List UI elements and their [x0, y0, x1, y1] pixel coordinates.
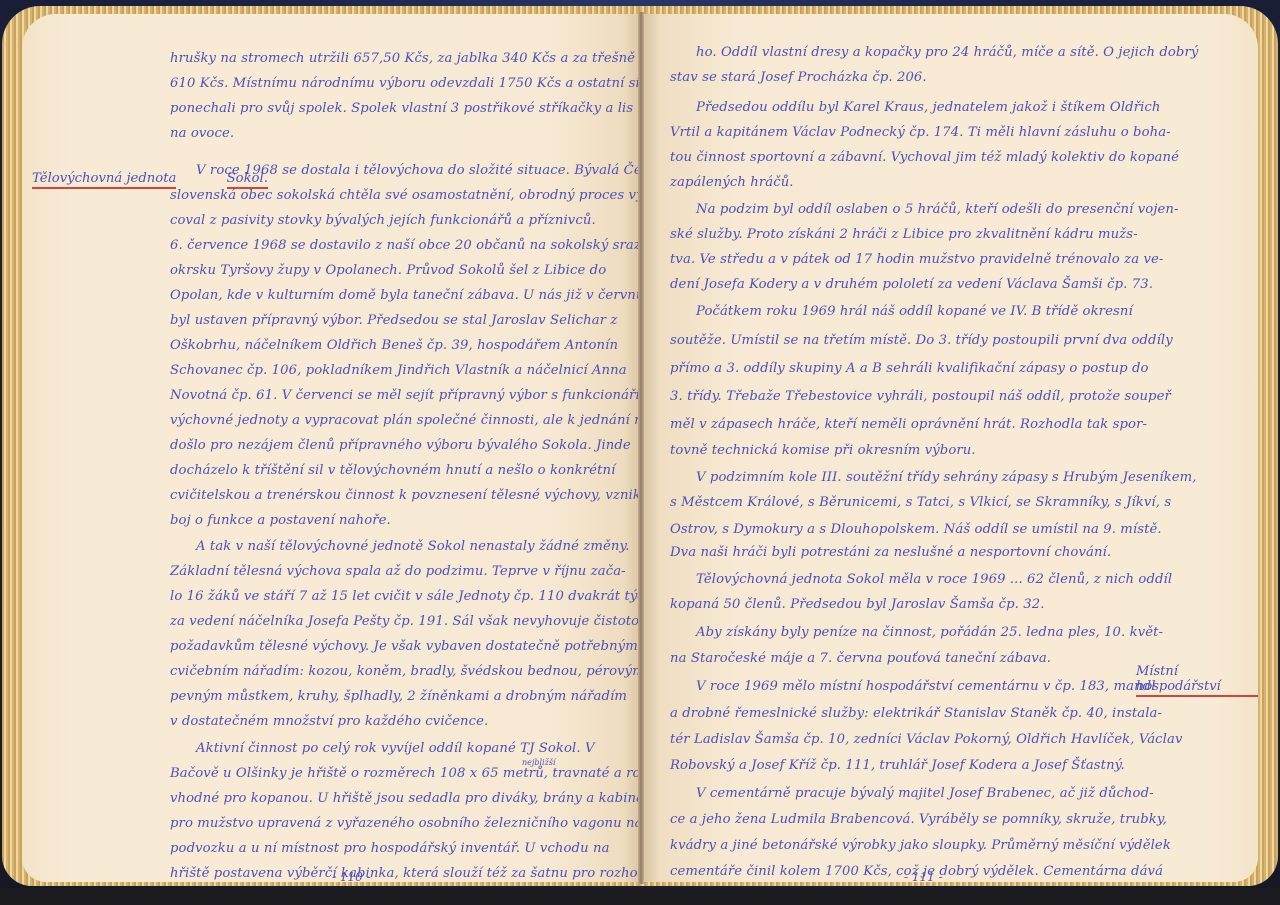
text-line: Předsedou oddílu byl Karel Kraus, jednat… [696, 100, 1161, 115]
text-line: A tak v naší tělovýchovné jednotě Sokol … [196, 539, 630, 554]
text-line: Na podzim byl oddíl oslaben o 5 hráčů, k… [696, 202, 1179, 217]
text-line: V roce 1969 mělo místní hospodářství cem… [696, 679, 1156, 694]
page-number-right: - 111 - [904, 870, 943, 884]
text-line: došlo pro nezájem členů přípravného výbo… [170, 438, 631, 453]
text-line: coval z pasivity stovky bývalých jejích … [170, 213, 596, 228]
text-line: boj o funkce a postavení nahoře. [170, 513, 391, 528]
text-line: 3. třídy. Třebaže Třebestovice vyhráli, … [670, 389, 1171, 404]
text-line: V cementárně pracuje bývalý majitel Jose… [696, 786, 1154, 801]
text-line: tou činnost sportovní a zábavní. Vychova… [670, 150, 1179, 165]
text-line: cvičebním nářadím: kozou, koněm, bradly,… [170, 664, 657, 679]
text-line: tér Ladislav Šamša čp. 10, zedníci Václa… [670, 732, 1183, 747]
text-line: Vrtil a kapitánem Václav Podnecký čp. 17… [670, 125, 1171, 140]
text-line: Robovský a Josef Kříž čp. 111, truhlář J… [670, 758, 1125, 773]
text-line: s Městcem Králové, s Běrunicemi, s Tatci… [670, 495, 1171, 510]
text-line: Ostrov, s Dymokury a s Dlouhopolskem. Ná… [670, 522, 1162, 537]
text-line: za vedení náčelníka Josefa Pešty čp. 191… [170, 614, 648, 629]
text-line: Aby získány byly peníze na činnost, pořá… [696, 625, 1163, 640]
text-line: hřiště postavena výběrčí kabinka, která … [170, 866, 663, 881]
text-line: Opolan, kde v kulturním domě byla tanečn… [170, 288, 644, 303]
text-line: ho. Oddíl vlastní dresy a kopačky pro 24… [696, 45, 1198, 60]
text-line: ce a jeho žena Ludmila Brabencová. Vyráb… [670, 812, 1167, 827]
text-line: cvičitelskou a trenérskou činnost k povz… [170, 488, 653, 503]
text-line: ponechali pro svůj spolek. Spolek vlastn… [170, 101, 633, 116]
margin-heading-right: Místní hospodářství [1136, 664, 1258, 697]
table-surface [0, 888, 1280, 905]
text-line: na Staročeské máje a 7. června pouťová t… [670, 651, 1051, 666]
page-number-left: - 110 - [332, 870, 371, 884]
text-line: ské služby. Proto získáni 2 hráči z Libi… [670, 227, 1138, 242]
text-line: Aktivní činnost po celý rok vyvíjel oddí… [196, 741, 595, 756]
text-line: měl v zápasech hráče, kteří neměli opráv… [670, 417, 1147, 432]
text-line: hrušky na stromech utržili 657,50 Kčs, z… [170, 51, 635, 66]
text-line: kvádry a jiné betonářské výrobky jako sl… [670, 838, 1171, 853]
margin-heading-line1: Tělovýchovná jednota [32, 171, 176, 189]
text-line: v dostatečném množství pro každého cviče… [170, 714, 488, 729]
text-line: kopaná 50 členů. Předsedou byl Jaroslav … [670, 597, 1045, 612]
text-line: Dva naši hráči byli potrestáni za nesluš… [670, 545, 1111, 560]
text-line: Oškobrhu, náčelníkem Oldřich Beneš čp. 3… [170, 338, 618, 353]
insertion-note: nejbližší [522, 758, 555, 767]
text-line: docházelo k tříštění sil v tělovýchovném… [170, 463, 615, 478]
text-line: pro mužstvo upravená z vyřazeného osobní… [170, 816, 643, 831]
text-line: Novotná čp. 61. V červenci se měl sejít … [170, 388, 674, 403]
text-line: Schovanec čp. 106, pokladníkem Jindřich … [170, 363, 627, 378]
text-line: lo 16 žáků ve stáří 7 až 15 let cvičit v… [170, 589, 662, 604]
text-line: Základní tělesná výchova spala až do pod… [170, 564, 626, 579]
text-line: okrsku Tyršovy župy v Opolanech. Průvod … [170, 263, 606, 278]
text-line: stav se stará Josef Procházka čp. 206. [670, 70, 927, 85]
text-line: 6. července 1968 se dostavilo z naší obc… [170, 238, 657, 253]
text-line: pevným můstkem, kruhy, šplhadly, 2 žíněn… [170, 689, 627, 704]
text-line: tovně technická komise při okresním výbo… [670, 443, 976, 458]
text-line: požadavkům tělesné výchovy. Je však vyba… [170, 639, 638, 654]
text-line: 610 Kčs. Místnímu národnímu výboru odevz… [170, 76, 640, 91]
text-line: zapálených hráčů. [670, 175, 794, 190]
text-line: výchovné jednoty a vypracovat plán spole… [170, 413, 655, 428]
text-line: dení Josefa Kodery a v druhém pololetí z… [670, 277, 1153, 292]
text-line: V podzimním kole III. soutěžní třídy seh… [696, 470, 1197, 485]
text-line: V roce 1968 se dostala i tělovýchova do … [196, 163, 669, 178]
text-line: Tělovýchovná jednota Sokol měla v roce 1… [696, 572, 1172, 587]
book-spine-gutter [638, 12, 644, 884]
text-line: přímo a 3. oddíly skupiny A a B sehráli … [670, 361, 1149, 376]
text-line: podvozku a u ní místnost pro hospodářský… [170, 841, 610, 856]
text-line: Bačově u Olšinky je hřiště o rozměrech 1… [170, 766, 669, 781]
text-line: na ovoce. [170, 126, 234, 141]
text-line: byl ustaven přípravný výbor. Předsedou s… [170, 313, 617, 328]
text-line: a drobné řemeslnické služby: elektrikář … [670, 706, 1162, 721]
left-page: Tělovýchovná jednota Sokol. hrušky na st… [22, 14, 642, 882]
text-line: soutěže. Umístil se na třetím místě. Do … [670, 333, 1173, 348]
text-line: tva. Ve středu a v pátek od 17 hodin muž… [670, 252, 1163, 267]
right-page: ho. Oddíl vlastní dresy a kopačky pro 24… [642, 14, 1258, 882]
text-line: Počátkem roku 1969 hrál náš oddíl kopané… [696, 304, 1133, 319]
text-line: slovenská obec sokolská chtěla své osamo… [170, 188, 672, 203]
text-line: vhodné pro kopanou. U hřiště jsou sedadl… [170, 791, 644, 806]
